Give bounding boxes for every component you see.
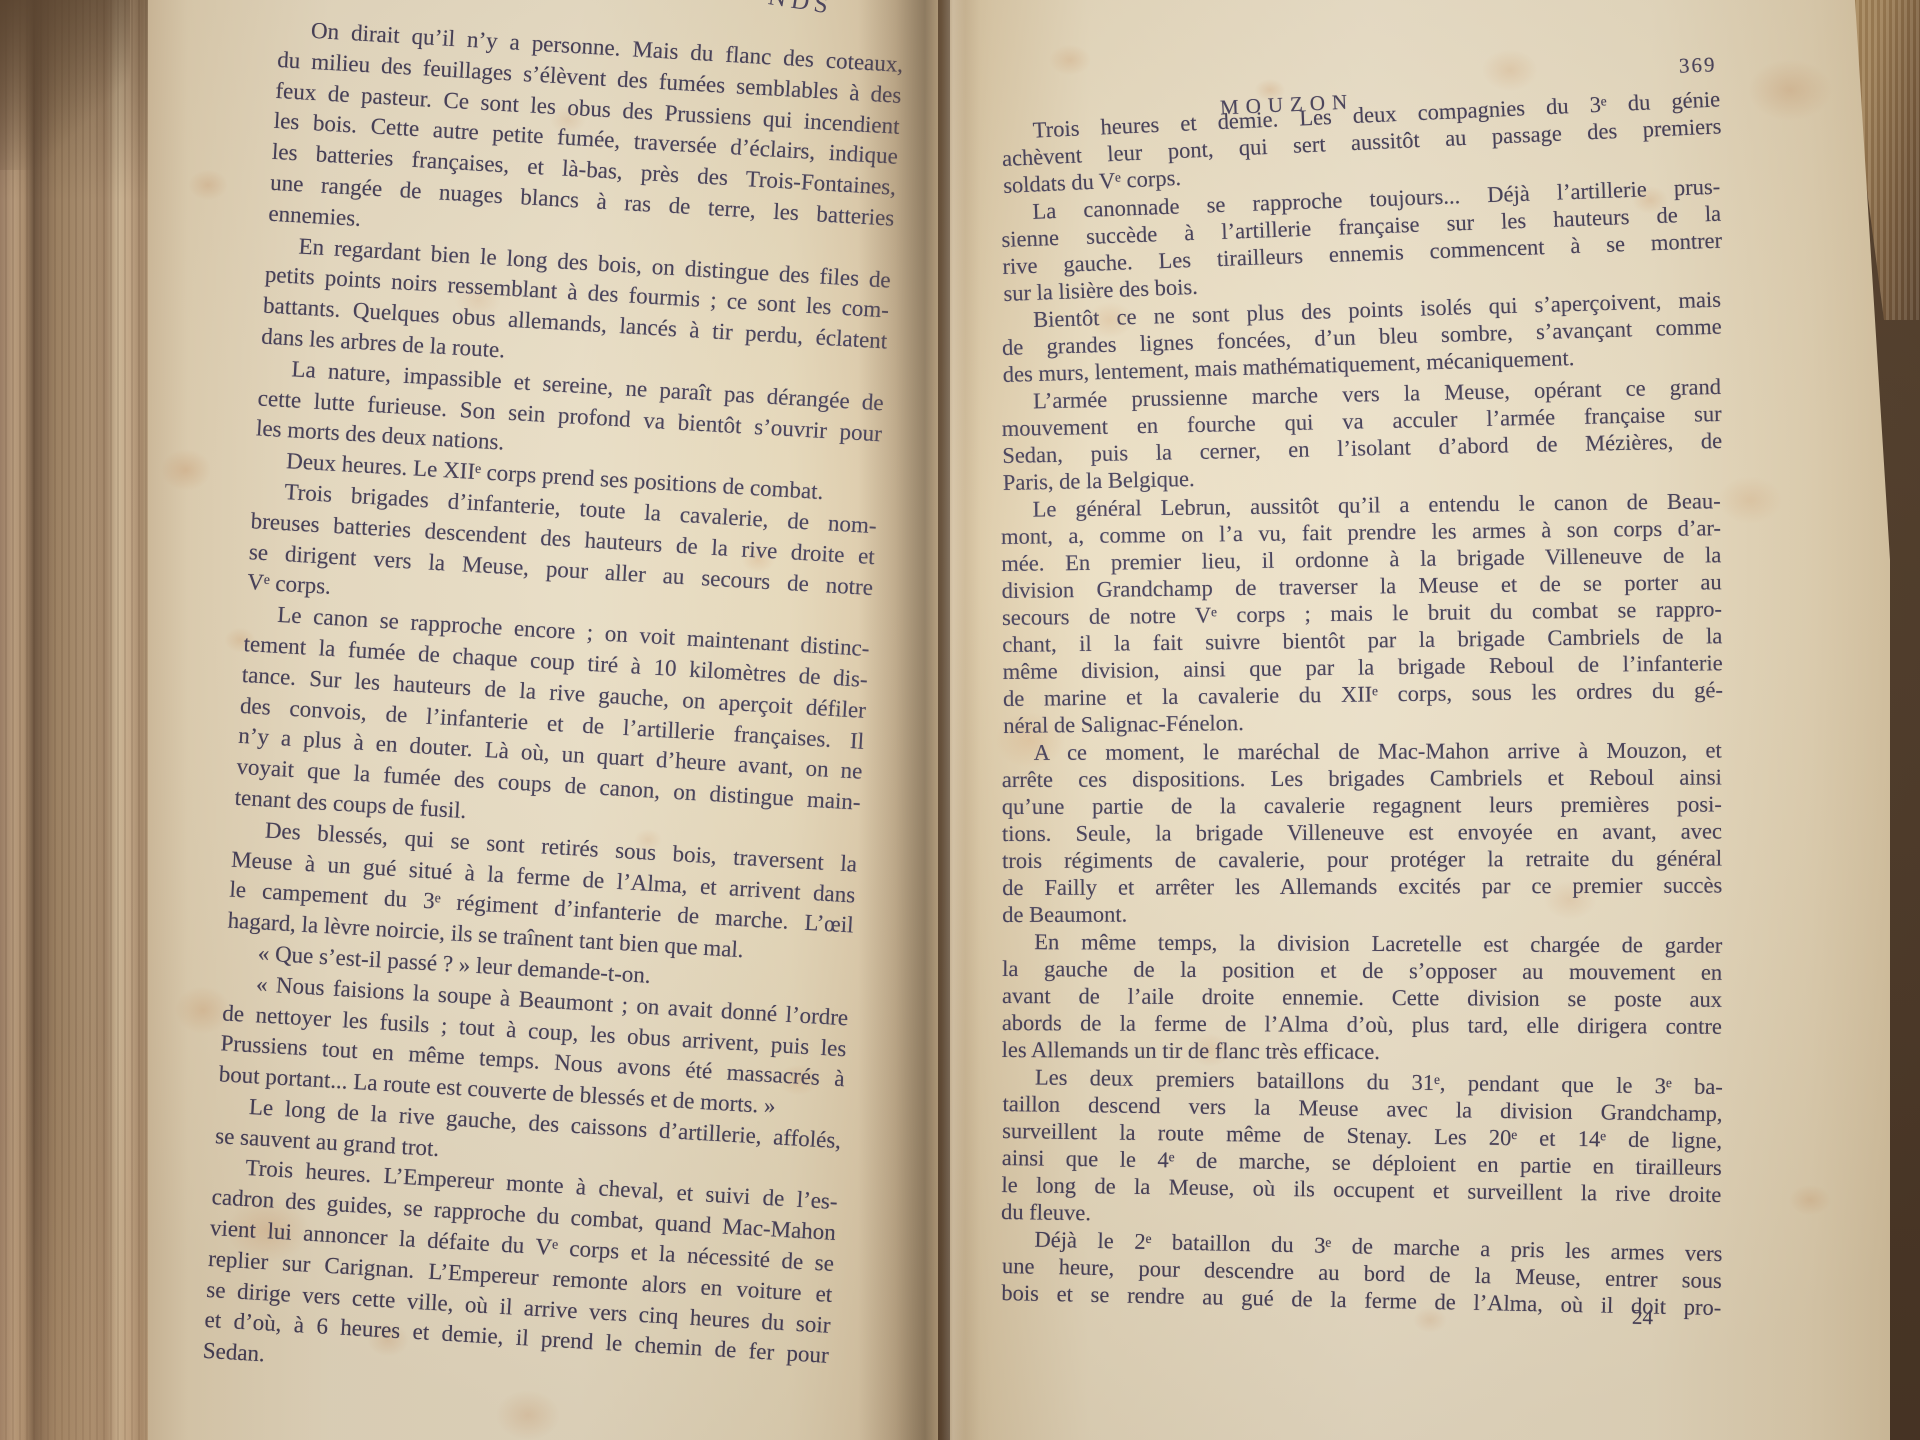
paragraph: L’armée prussienne marche vers la Meuse,…	[1001, 373, 1723, 496]
text-line: qu’une partie de la cavalerie regagnent …	[1002, 790, 1722, 820]
right-page: 369 MOUZON Trois heures et demie. Les de…	[950, 0, 1890, 1440]
paragraph: Les deux premiers bataillons du 31ᵉ, pen…	[1001, 1063, 1723, 1235]
text-line: de Failly et arrêter les Allemands excit…	[1002, 871, 1722, 901]
right-page-paragraphs: Trois heures et demie. Les deux compagni…	[1002, 118, 1722, 1306]
paragraph: Le général Lebrun, aussitôt qu’il a ente…	[1001, 487, 1724, 739]
text-line: la gauche de la position et de s’opposer…	[1002, 955, 1722, 986]
paragraph: A ce moment, le maréchal de Mac-Mahon ar…	[1002, 736, 1723, 928]
left-page: NDS On dirait qu’il n’y a personne. Mais…	[148, 0, 938, 1440]
paragraph: Trois heures. L’Empereur monte à cheval,…	[202, 1152, 838, 1403]
text-line: A ce moment, le maréchal de Mac-Mahon ar…	[1002, 736, 1722, 766]
text-line: avant de l’aile droite ennemie. Cette di…	[1002, 982, 1722, 1013]
text-line: tions. Seule, la brigade Villeneuve est …	[1002, 817, 1722, 847]
text-line: arrête ces dispositions. Les brigades Ca…	[1002, 763, 1722, 793]
book-photo: NDS On dirait qu’il n’y a personne. Mais…	[0, 0, 1920, 1440]
paragraph: Le canon se rapproche encore ; on voit m…	[234, 598, 870, 849]
paragraph: En même temps, la division Lacretelle es…	[1002, 928, 1723, 1067]
text-line: de Beaumont.	[1002, 898, 1722, 928]
signature-mark: 24	[1632, 1304, 1654, 1331]
text-line: trois régiments de cavalerie, pour proté…	[1002, 844, 1722, 874]
top-left-shadow	[0, 0, 130, 170]
left-fore-edge-page-stack	[0, 0, 148, 1440]
left-page-text: On dirait qu’il n’y a personne. Mais du …	[202, 14, 904, 1403]
text-line: abords de la ferme de l’Alma d’où, plus …	[1002, 1009, 1722, 1040]
text-line: En même temps, la division Lacretelle es…	[1002, 928, 1722, 959]
paragraph: Déjà le 2ᵉ bataillon du 3ᵉ de marche a p…	[1001, 1225, 1723, 1321]
left-running-header-fragment: NDS	[766, 0, 835, 21]
text-line: les Allemands un tir de flanc très effic…	[1002, 1036, 1722, 1067]
right-page-text: 369 MOUZON Trois heures et demie. Les de…	[1002, 118, 1722, 1306]
paragraph: On dirait qu’il n’y a personne. Mais du …	[268, 14, 904, 265]
